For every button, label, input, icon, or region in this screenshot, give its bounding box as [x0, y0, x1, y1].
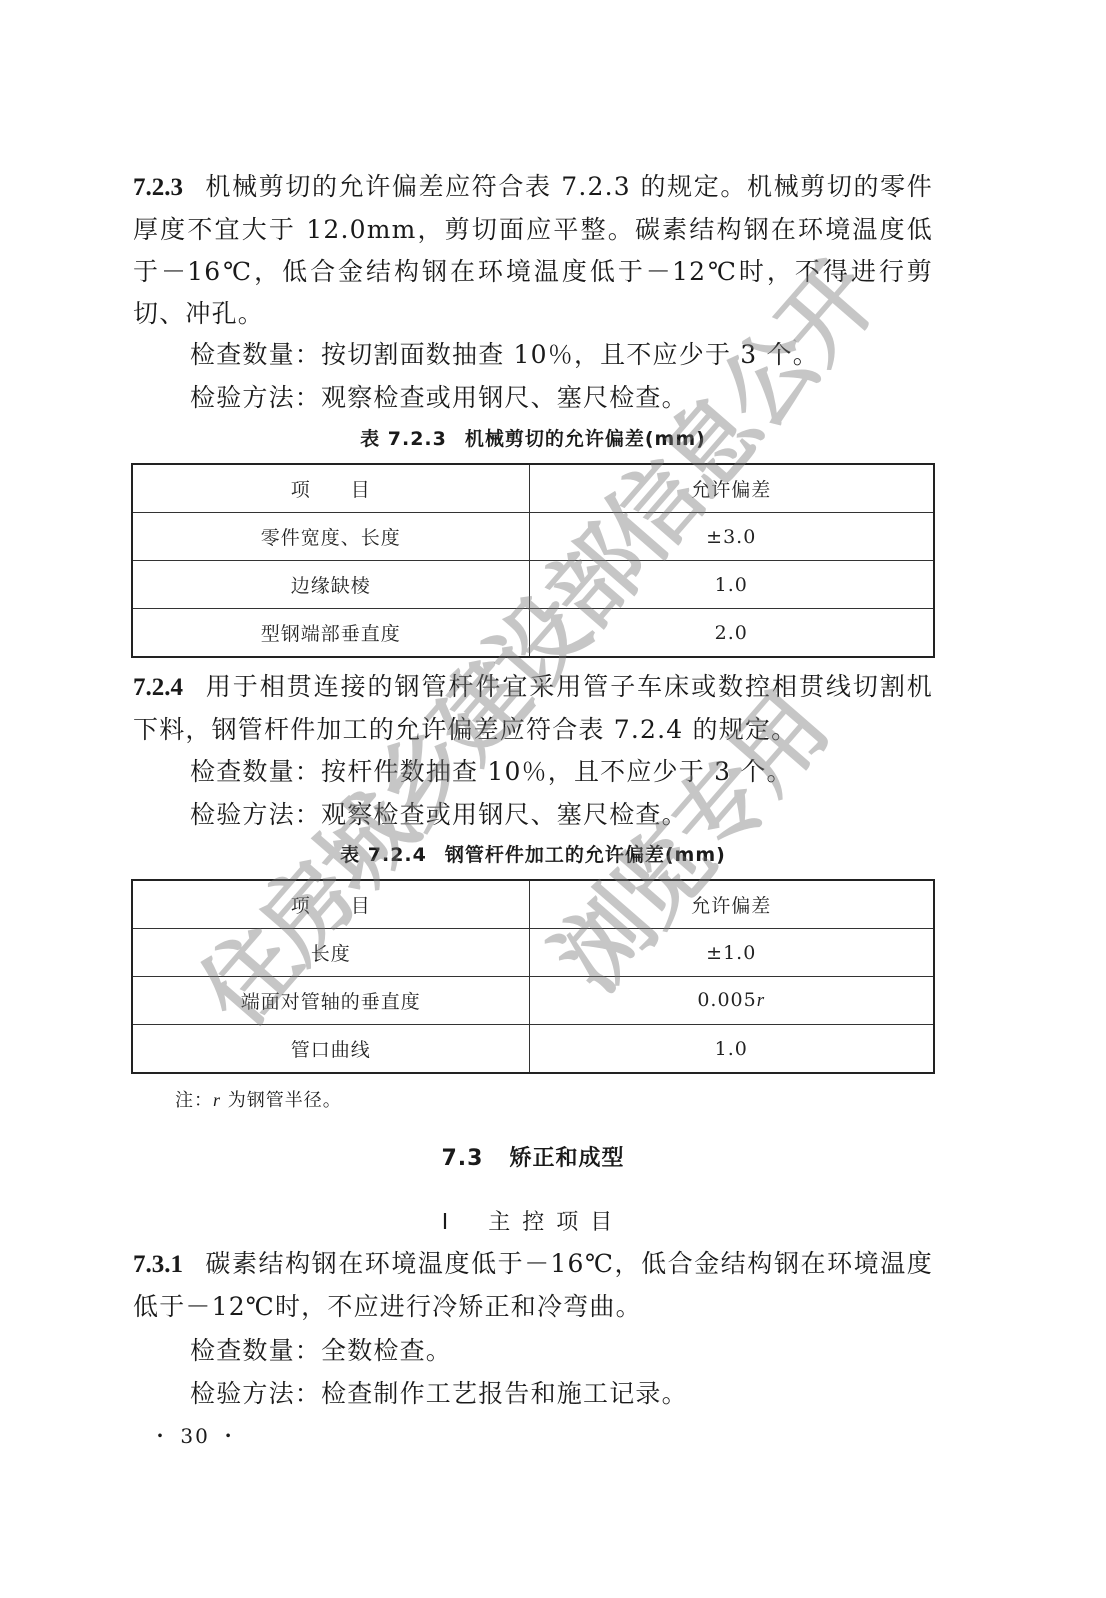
inspection-quantity: 检查数量：按杆件数抽查 10％，且不应少于 3 个。	[190, 751, 793, 793]
table-row: 端面对管轴的垂直度 0.005r	[132, 977, 934, 1025]
table-header-row: 项 目 允许偏差	[132, 464, 934, 513]
document-page: 7.2.3机械剪切的允许偏差应符合表 7.2.3 的规定。机械剪切的零件厚度不宜…	[0, 0, 1106, 1598]
clause-number: 7.2.3	[133, 174, 183, 201]
cell-item: 端面对管轴的垂直度	[132, 977, 529, 1025]
cell-tolerance: 0.005r	[529, 977, 934, 1025]
header-tolerance: 允许偏差	[529, 464, 934, 513]
clause-number: 7.3.1	[133, 1251, 183, 1278]
clause-text: 机械剪切的允许偏差应符合表 7.2.3 的规定。机械剪切的零件厚度不宜大于 12…	[133, 172, 933, 328]
caption-title: 机械剪切的允许偏差(mm)	[465, 428, 706, 450]
cell-item: 长度	[132, 929, 529, 977]
table-row: 长度 ±1.0	[132, 929, 934, 977]
table-7-2-4: 项 目 允许偏差 长度 ±1.0 端面对管轴的垂直度 0.005r 管口曲线 1…	[131, 879, 935, 1074]
clause-7-2-3: 7.2.3机械剪切的允许偏差应符合表 7.2.3 的规定。机械剪切的零件厚度不宜…	[133, 166, 933, 335]
cell-tolerance: ±3.0	[529, 513, 934, 561]
table-row: 边缘缺棱 1.0	[132, 561, 934, 609]
clause-text: 用于相贯连接的钢管杆件宜采用管子车床或数控相贯线切割机下料，钢管杆件加工的允许偏…	[133, 672, 933, 744]
inspection-method: 检验方法：检查制作工艺报告和施工记录。	[190, 1373, 688, 1415]
subsection-name: 主控项目	[488, 1210, 624, 1235]
inspection-method: 检验方法：观察检查或用钢尺、塞尺检查。	[190, 377, 688, 419]
header-tolerance: 允许偏差	[529, 880, 934, 929]
caption-number: 表 7.2.4	[340, 844, 427, 866]
header-item: 项 目	[132, 880, 529, 929]
clause-7-2-4: 7.2.4用于相贯连接的钢管杆件宜采用管子车床或数控相贯线切割机下料，钢管杆件加…	[133, 666, 933, 751]
section-name: 矫正和成型	[509, 1146, 624, 1171]
radius-variable: r	[757, 990, 765, 1011]
clause-number: 7.2.4	[133, 674, 183, 701]
table-row: 管口曲线 1.0	[132, 1025, 934, 1074]
table-caption-7-2-4: 表 7.2.4钢管杆件加工的允许偏差(mm)	[133, 840, 933, 870]
cell-tolerance: 1.0	[529, 1025, 934, 1074]
cell-item: 型钢端部垂直度	[132, 609, 529, 658]
cell-item: 边缘缺棱	[132, 561, 529, 609]
cell-tolerance: 1.0	[529, 561, 934, 609]
section-title-7-3: 7.3矫正和成型	[133, 1143, 933, 1175]
tolerance-value: 0.005	[697, 989, 756, 1011]
note-prefix: 注：	[175, 1090, 213, 1111]
inspection-quantity: 检查数量：按切割面数抽查 10％，且不应少于 3 个。	[190, 334, 819, 376]
table-row: 型钢端部垂直度 2.0	[132, 609, 934, 658]
inspection-method: 检验方法：观察检查或用钢尺、塞尺检查。	[190, 794, 688, 836]
cell-item: 零件宽度、长度	[132, 513, 529, 561]
clause-text: 碳素结构钢在环境温度低于－16℃，低合金结构钢在环境温度低于－12℃时，不应进行…	[133, 1249, 933, 1321]
table-7-2-3: 项 目 允许偏差 零件宽度、长度 ±3.0 边缘缺棱 1.0 型钢端部垂直度 2…	[131, 463, 935, 658]
cell-tolerance: 2.0	[529, 609, 934, 658]
roman-numeral: Ⅰ	[442, 1209, 461, 1234]
section-number: 7.3	[442, 1146, 484, 1171]
page-number: ・ 30 ・	[150, 1422, 240, 1450]
header-item: 项 目	[132, 464, 529, 513]
note-variable: r	[213, 1090, 221, 1110]
table-header-row: 项 目 允许偏差	[132, 880, 934, 929]
note-text: 为钢管半径。	[221, 1090, 342, 1111]
inspection-quantity: 检查数量：全数检查。	[190, 1330, 452, 1372]
table-caption-7-2-3: 表 7.2.3机械剪切的允许偏差(mm)	[133, 424, 933, 454]
cell-tolerance: ±1.0	[529, 929, 934, 977]
table-row: 零件宽度、长度 ±3.0	[132, 513, 934, 561]
table-note: 注：r 为钢管半径。	[175, 1087, 342, 1114]
caption-title: 钢管杆件加工的允许偏差(mm)	[445, 844, 726, 866]
caption-number: 表 7.2.3	[360, 428, 447, 450]
subsection-title: Ⅰ主控项目	[133, 1206, 933, 1239]
cell-item: 管口曲线	[132, 1025, 529, 1074]
clause-7-3-1: 7.3.1碳素结构钢在环境温度低于－16℃，低合金结构钢在环境温度低于－12℃时…	[133, 1243, 933, 1328]
